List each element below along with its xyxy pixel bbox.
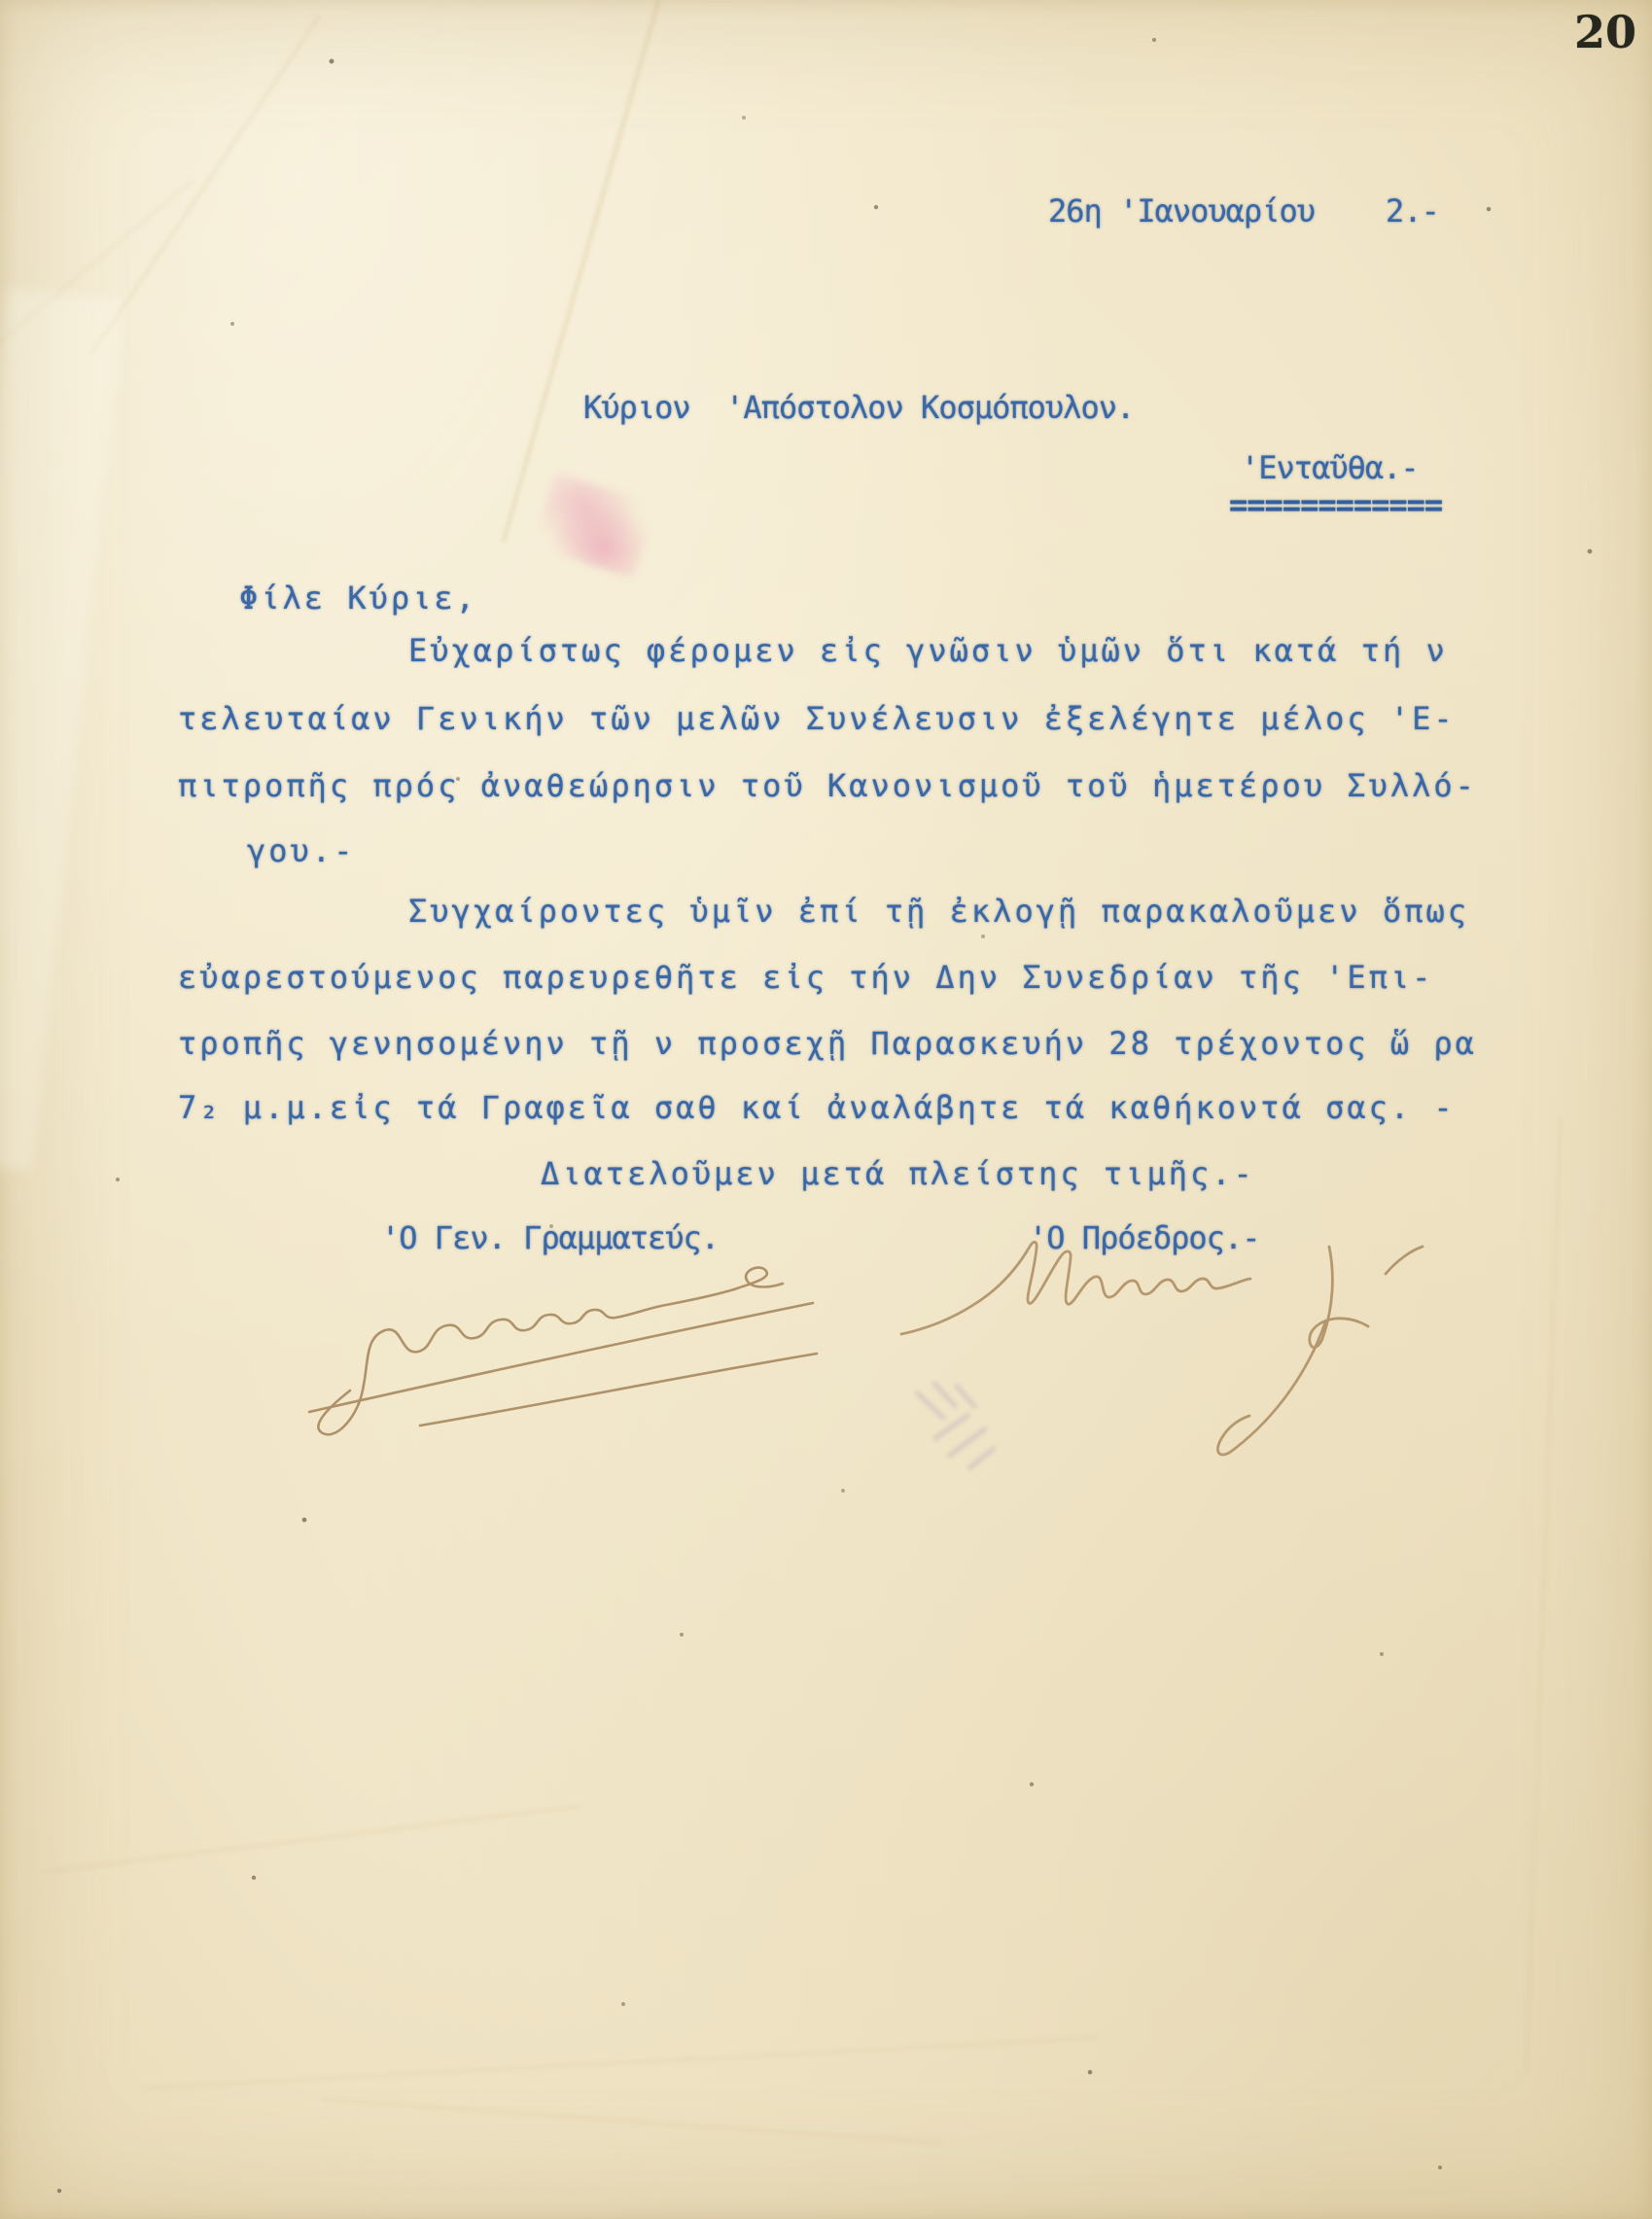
salutation: Φίλε Κύριε, [239,580,477,616]
body-line: εὐαρεστούμενος παρευρεθῆτε εἰς τήν Δην Σ… [178,959,1433,996]
president-signature [890,1227,1463,1470]
body-line: πιτροπῆς πρός ἀναθεώρησιν τοῦ Κανονισμοῦ… [178,767,1477,804]
stamp-mark [883,1328,1072,1512]
body-line: Συγχαίροντες ὑμῖν ἐπί τῇ ἐκλογῇ παρακαλο… [408,893,1469,930]
paper-crease [41,1805,581,1874]
paper-highlight [0,288,123,1171]
page-number: 20 [1574,6,1636,58]
closing-line: Διατελοῦμεν μετά πλείστης τιμῆς.- [541,1155,1255,1192]
paper-crease [147,2036,1099,2089]
location-line: 'Ενταῦθα.- [1241,449,1419,486]
body-line: τροπῆς γενησομένην τῇ ν προσεχῇ Παρασκευ… [178,1025,1477,1062]
pink-smudge [531,472,656,579]
recipient-line: Κύριον 'Απόστολον Κοσμόπουλον. [583,389,1134,426]
date-line: 26η 'Ιανουαρίου 2.- [1048,193,1439,229]
body-line: γου.- [247,832,355,869]
secretary-title: 'Ο Γεν. Γραμματεύς. [381,1219,719,1256]
paper-crease [322,2098,943,2145]
paper-crease [0,178,194,405]
paper-crease [1526,1118,1562,2071]
body-line: Εὐχαρίστως φέρομεν εἰς γνῶσιν ὑμῶν ὅτι κ… [408,632,1448,669]
foxing-speckles [0,0,2,2]
body-line: 7₂ μ.μ.εἰς τά Γραφεῖα σαθ καί ἀναλάβητε … [178,1089,1456,1126]
secretary-signature [292,1245,836,1439]
scanned-letter-page: 20 26η 'Ιανουαρίου 2.- Κύριον 'Απόστολον… [0,0,1652,2219]
paper-crease [501,0,665,544]
location-underline: ============ [1229,486,1442,523]
paper-crease [90,15,321,355]
president-title: 'Ο Πρόεδρος.- [1029,1219,1259,1256]
body-line: τελευταίαν Γενικήν τῶν μελῶν Συνέλευσιν … [178,700,1456,737]
